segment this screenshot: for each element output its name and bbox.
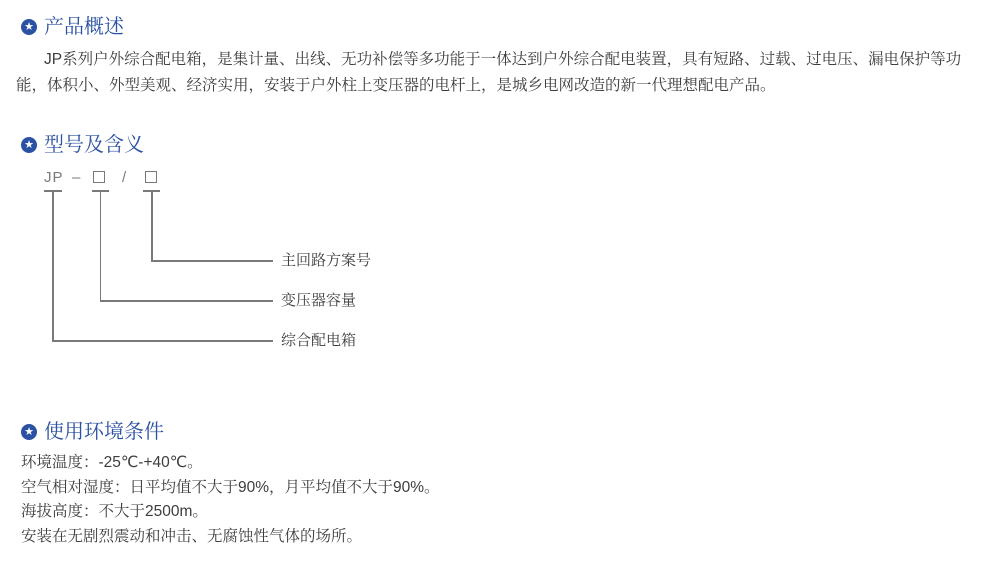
star-icon: ★ xyxy=(24,424,34,440)
environment-condition-temperature: 环境温度：-25℃-+40℃。 xyxy=(21,451,440,476)
section-heading-model: ★ 型号及含义 xyxy=(21,134,144,156)
star-badge-icon: ★ xyxy=(21,424,37,440)
leader-horizontal-prefix xyxy=(52,340,273,342)
model-designation-diagram: JP – / 主回路方案号 变压器容量 综合配电箱 xyxy=(0,160,440,360)
label-main-circuit-scheme: 主回路方案号 xyxy=(281,252,371,269)
overview-paragraph-line: 能，体积小、外型美观、经济实用，安装于户外柱上变压器的电杆上，是城乡电网改造的新… xyxy=(16,73,996,99)
overview-title: 产品概述 xyxy=(44,16,124,38)
leader-horizontal-scheme xyxy=(151,260,273,262)
leader-horizontal-capacity xyxy=(100,300,274,302)
model-title: 型号及含义 xyxy=(44,134,144,156)
star-icon: ★ xyxy=(24,19,34,35)
overview-paragraph-line: JP系列户外综合配电箱，是集计量、出线、无功补偿等多功能于一体达到户外综合配电装… xyxy=(16,47,996,73)
leader-vertical-prefix xyxy=(52,190,54,342)
model-placeholder-box-capacity xyxy=(93,171,105,183)
catalog-page: ★ 产品概述 JP系列户外综合配电箱，是集计量、出线、无功补偿等多功能于一体达到… xyxy=(0,0,1000,567)
overview-paragraph: JP系列户外综合配电箱，是集计量、出线、无功补偿等多功能于一体达到户外综合配电装… xyxy=(16,47,996,99)
environment-title: 使用环境条件 xyxy=(44,421,164,443)
star-icon: ★ xyxy=(24,137,34,153)
leader-vertical-scheme xyxy=(151,190,153,262)
label-distribution-box: 综合配电箱 xyxy=(281,332,356,349)
model-slash: / xyxy=(122,169,126,187)
star-badge-icon: ★ xyxy=(21,19,37,35)
model-placeholder-box-scheme xyxy=(145,171,157,183)
model-prefix: JP xyxy=(44,169,64,187)
section-heading-overview: ★ 产品概述 xyxy=(21,16,124,38)
section-heading-environment: ★ 使用环境条件 xyxy=(21,421,164,443)
star-badge-icon: ★ xyxy=(21,137,37,153)
leader-vertical-capacity xyxy=(100,190,102,302)
environment-condition-altitude: 海拔高度：不大于2500m。 xyxy=(21,500,440,525)
model-dash: – xyxy=(72,169,80,187)
environment-condition-humidity: 空气相对湿度：日平均值不大于90%，月平均值不大于90%。 xyxy=(21,476,440,501)
label-transformer-capacity: 变压器容量 xyxy=(281,292,356,309)
environment-conditions-list: 环境温度：-25℃-+40℃。 空气相对湿度：日平均值不大于90%，月平均值不大… xyxy=(21,451,440,550)
environment-condition-installation: 安装在无剧烈震动和冲击、无腐蚀性气体的场所。 xyxy=(21,525,440,550)
